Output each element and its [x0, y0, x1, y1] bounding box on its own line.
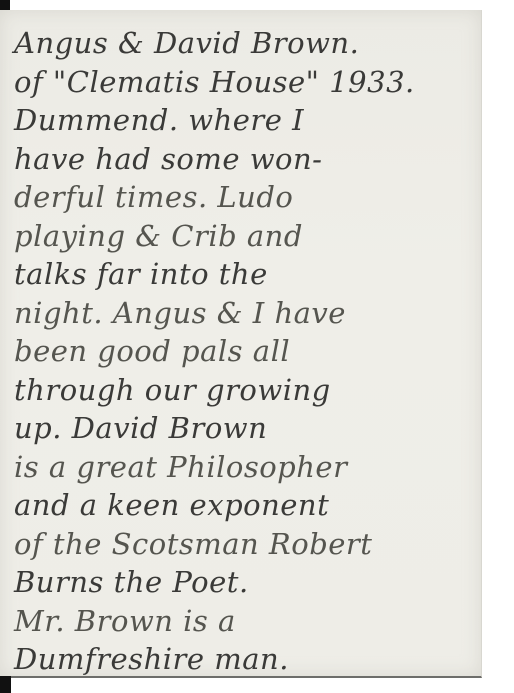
text-line-4: have had some won- [14, 140, 475, 179]
text-line-3: Dummend. where I [14, 101, 475, 140]
scan-edge-mark-top [0, 0, 10, 10]
text-line-16: Mr. Brown is a [14, 602, 475, 641]
text-line-17: Dumfreshire man. [14, 640, 475, 679]
note-card: Angus & David Brown. of "Clematis House"… [0, 10, 482, 678]
text-line-2: of "Clematis House" 1933. [14, 63, 475, 102]
scan-edge-mark-bottom [0, 676, 11, 693]
text-line-6: playing & Crib and [14, 217, 475, 256]
text-line-5: derful times. Ludo [14, 178, 475, 217]
handwritten-text: Angus & David Brown. of "Clematis House"… [14, 24, 475, 679]
text-line-10: through our growing [14, 371, 475, 410]
text-line-15: Burns the Poet. [14, 563, 475, 602]
text-line-14: of the Scotsman Robert [14, 525, 475, 564]
text-line-9: been good pals all [14, 332, 475, 371]
text-line-12: is a great Philosopher [14, 448, 475, 487]
text-line-11: up. David Brown [14, 409, 475, 448]
text-line-13: and a keen exponent [14, 486, 475, 525]
text-line-7: talks far into the [14, 255, 475, 294]
text-line-8: night. Angus & I have [14, 294, 475, 333]
text-line-1: Angus & David Brown. [14, 24, 475, 63]
